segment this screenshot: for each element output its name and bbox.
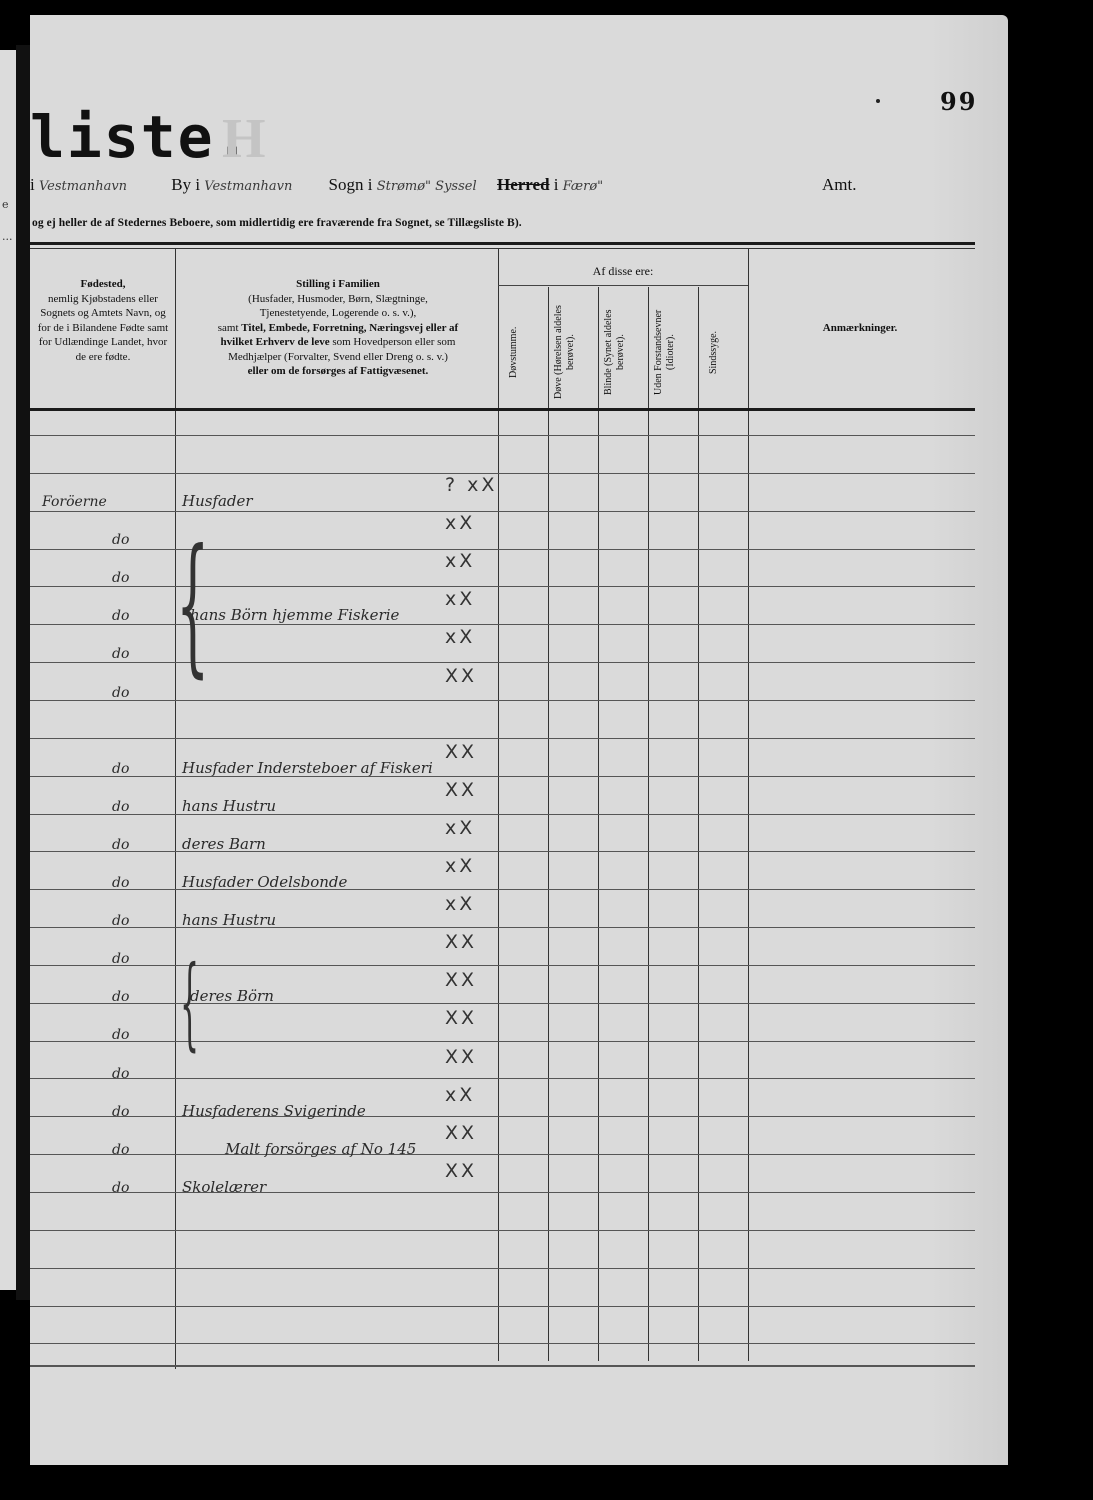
county-handwritten: Færø" [563,179,603,194]
table-row: doXX [30,927,975,965]
header-deaf-mute: Døvstumme. [508,297,538,407]
tally-marks: XX [445,969,477,991]
tally-marks: xX [445,817,475,839]
header-position-line: Tjenestetyende, Logerende o. s. v.), [260,307,417,319]
header-position-line: hvilket Erhverv de leve [221,336,330,348]
table-row: dohans HustruXX [30,775,975,813]
table-row: doxX [30,622,975,660]
tally-marks: XX [445,1007,477,1029]
tally-marks: xX [445,855,475,877]
table-row: doHusfader Indersteboer af FiskeriXX [30,737,975,775]
sogn-label: Sogn i [329,175,373,194]
prefix-i: i [30,175,35,194]
header-position-line: Medhjælper (Forvalter, Svend eller Dreng… [228,351,448,363]
table-row: doMalt forsörges af No 145XX [30,1118,975,1156]
header-rule-thin [30,248,975,249]
table-row: doxX [30,508,975,546]
left-page-fragment: ... [2,230,13,243]
header-position-line: Titel, Embede, Forretning, Næringsvej el… [241,322,458,334]
row-rule [30,1268,975,1269]
header-birthplace: Fødested, nemlig Kjøbstadens eller Sogne… [34,277,172,364]
birthplace-cell: do [112,1180,129,1196]
table-bottom-rule [30,1365,975,1367]
tally-marks: XX [445,779,477,801]
table-row: doXX [30,661,975,699]
header-position-line: eller om de forsørges af Fattigvæsenet. [248,365,429,377]
herred-label-struck: Herred [497,175,550,194]
tally-marks: XX [445,741,477,763]
table-row: doderes BörnXX [30,965,975,1003]
tally-marks: xX [445,512,475,534]
header-position-line: samt [218,322,239,334]
header-blind: Blinde (Synet aldeles berøvet). [603,297,643,407]
tally-marks: xX [445,1084,475,1106]
left-page-fragment: e [2,198,9,211]
header-insane: Sindssyge. [708,297,738,407]
tally-marks: XX [445,1122,477,1144]
amt-label: Amt. [822,175,856,195]
page-title: liste. [30,103,252,171]
instruction-line: og ej heller de af Stedernes Beboere, so… [32,217,522,229]
i-label: i [554,175,559,194]
header-position-line: som Hovedperson eller som [332,336,455,348]
page-number: 99 [940,87,977,116]
tally-marks: xX [445,893,475,915]
table-row [30,699,975,737]
parish-handwritten: Vestmanhavn [204,179,324,194]
header-remarks: Anmærkninger. [760,321,960,336]
header-birthplace-body: nemlig Kjøbstadens eller Sognets og Amte… [38,293,168,363]
header-family-position: Stilling i Familien (Husfader, Husmoder,… [180,277,496,379]
header-rule-thick [30,242,975,245]
book-binding [16,45,30,1300]
tally-marks: xX [445,588,475,610]
row-rule [30,1306,975,1307]
table-row: doXX [30,1042,975,1080]
table-row: doHusfader OdelsbondexX [30,851,975,889]
header-deaf: Døve (Hørelsen aldeles berøvet). [553,297,593,407]
district-handwritten: Strømø" Syssel [377,179,493,194]
table-row: doSkolelærerXX [30,1156,975,1194]
tally-marks: XX [445,931,477,953]
tally-marks: xX [445,550,475,572]
header-birthplace-title: Fødested, [81,278,126,290]
header-af-disse-ere: Af disse ere: [498,264,748,279]
tally-marks: XX [445,665,477,687]
by-label: By i [171,175,200,194]
table-row: dohans Börn hjemme FiskeriexX [30,584,975,622]
tally-marks: ? xX [445,474,497,496]
table-row: ForöerneHusfader? xX [30,470,975,508]
position-cell: Skolelærer [182,1178,266,1196]
ink-dot [876,99,880,103]
table-row: doderes BarnxX [30,813,975,851]
table-row: doxX [30,546,975,584]
tally-marks: XX [445,1046,477,1068]
title-bleedthrough: H [222,107,266,171]
census-page: 99 liste. H i Vestmanhavn By i Vestmanha… [30,15,1008,1465]
row-rule [30,435,975,436]
row-rule [30,1230,975,1231]
table-row: doHusfaderens SvigerindexX [30,1080,975,1118]
table-row: dohans HustruxX [30,889,975,927]
table-row: doXX [30,1003,975,1041]
header-idiots: Uden Forstandsevner (Idioter). [653,297,693,407]
header-bottom-rule [30,408,975,411]
town-handwritten: Vestmanhavn [39,179,167,194]
af-disse-underline [498,285,748,286]
location-line: i Vestmanhavn By i Vestmanhavn Sogn i St… [30,175,603,195]
tally-marks: XX [445,1160,477,1182]
row-rule [30,1343,975,1344]
header-position-line: (Husfader, Husmoder, Børn, Slægtninge, [248,293,428,305]
tally-marks: xX [445,626,475,648]
header-position-title: Stilling i Familien [296,278,380,290]
